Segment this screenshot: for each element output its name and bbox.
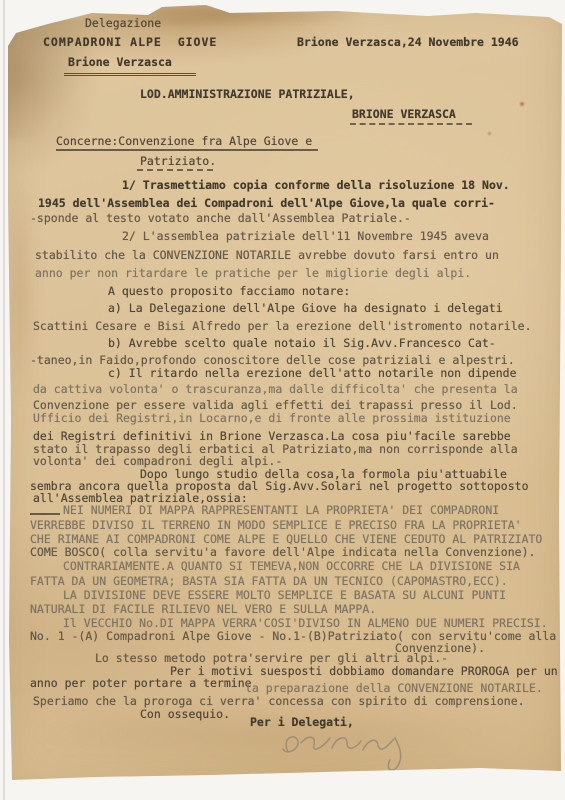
doc-line: CONTRARIAMENTE.A QUANTO SI TEMEVA,NON OC… xyxy=(63,560,520,573)
doc-line: b) Avrebbe scelto quale notaio il Sig.Av… xyxy=(108,337,496,350)
doc-line-subject2: Patriziato. xyxy=(140,155,216,168)
doc-line: LA DIVISIONE DEVE ESSERE MOLTO SEMPLICE … xyxy=(63,589,506,602)
typed-underline xyxy=(137,169,213,171)
doc-line-delegazione: Delegazione xyxy=(85,17,161,30)
scan-background: Delegazione COMPADRONI ALPE GIOVE Brione… xyxy=(0,0,565,800)
doc-line: VERREBBE DIVISO IL TERRENO IN MODO SEMPL… xyxy=(30,519,522,532)
doc-line: -sponde al testo votato anche dall'Assem… xyxy=(30,212,411,225)
doc-line: NEI NUMERI DI MAPPA RAPPRESENTANTI LA PR… xyxy=(63,504,499,517)
typed-underline xyxy=(64,73,196,76)
typed-underline xyxy=(56,149,318,151)
doc-line: 1945 dell'Assemblea dei Compadroni dell'… xyxy=(38,197,495,210)
doc-line: stabilito che la CONVENZIONE NOTARILE av… xyxy=(35,249,499,262)
document-sheet: Delegazione COMPADRONI ALPE GIOVE Brione… xyxy=(0,0,565,800)
typed-underline xyxy=(350,123,472,125)
doc-line: anno per poter portare a termine xyxy=(30,677,252,690)
doc-line: 1/ Trasmettiamo copia conforme della ris… xyxy=(122,179,510,192)
ink-speck xyxy=(487,131,492,136)
doc-line: Scattini Cesare e Bisi Alfredo per la er… xyxy=(33,320,532,333)
doc-line: COME BOSCO( colla servitu'a favore dell'… xyxy=(30,546,535,559)
doc-line-closing: Con ossequio. xyxy=(140,708,230,721)
doc-line: Speriamo che la proroga ci verra' conces… xyxy=(33,695,525,708)
handwritten-signature xyxy=(255,722,425,782)
doc-line: A questo proposito facciamo notare: xyxy=(108,285,350,298)
doc-line-recipient: LOD.AMMINISTRAZIONE PATRIZIALE, xyxy=(140,88,355,101)
doc-line: c) Il ritardo nella erezione dell'atto n… xyxy=(108,367,517,380)
doc-line: a) La Delegazione dell'Alpe Giove ha des… xyxy=(108,302,503,315)
doc-line-sender-place: Brione Verzasca xyxy=(68,56,172,69)
typed-underline xyxy=(30,513,60,515)
doc-line: da cattiva volonta' o trascuranza,ma dal… xyxy=(33,383,518,396)
doc-line-sender-org: COMPADRONI ALPE GIOVE xyxy=(43,36,217,49)
doc-line-recipient-place: BRIONE VERZASCA xyxy=(352,108,456,121)
doc-line: FATTA DA UN GEOMETRA; BASTA SIA FATTA DA… xyxy=(30,575,508,588)
ink-speck xyxy=(519,101,525,107)
doc-line-subject: Concerne:Convenzione fra Alpe Giove e xyxy=(56,135,312,148)
doc-line: NATURALI DI FACILE RILIEVO NEL VERO E SU… xyxy=(30,603,376,616)
doc-line: 2/ L'assemblea patriziale dell'11 Novemb… xyxy=(122,230,489,243)
scan-edge-line xyxy=(3,0,5,800)
doc-line: anno per non ritardare le pratiche per l… xyxy=(35,267,471,280)
doc-line-dateline: Brione Verzasca,24 Novembre 1946 xyxy=(297,36,519,49)
doc-line: Ufficio dei Registri,in Locarno,e di fro… xyxy=(33,412,511,425)
